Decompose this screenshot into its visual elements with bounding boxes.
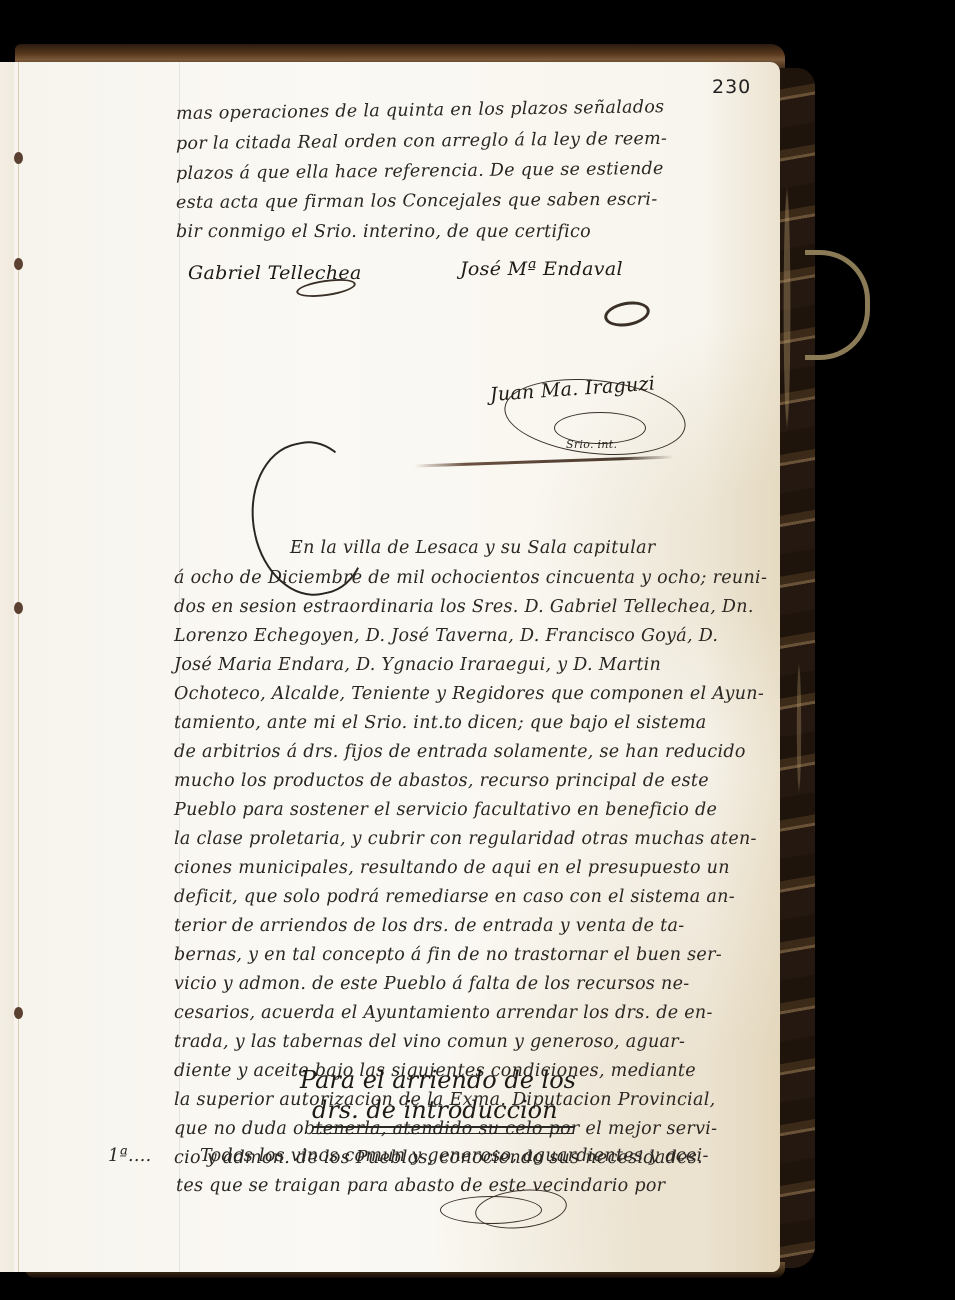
act-line: Lorenzo Echegoyen, D. José Taverna, D. F… [174, 626, 718, 646]
act-line: bernas, y en tal concepto á fin de no tr… [174, 945, 722, 965]
secretary-title: Srio. int. [566, 438, 617, 451]
act-line: vicio y admon. de este Pueblo á falta de… [174, 974, 690, 994]
closing-line: mas operaciones de la quinta en los plaz… [176, 97, 665, 124]
condition-line: Todos los vinos comun y generoso, aguard… [200, 1146, 709, 1166]
signature-jose-endaval: José Mª Endaval [460, 258, 623, 280]
section-heading-line1: Para el arriendo de los [300, 1066, 576, 1094]
section-heading-line2: drs. de introduccion [312, 1096, 558, 1124]
act-line: dos en sesion estraordinaria los Sres. D… [174, 597, 754, 617]
act-line: En la villa de Lesaca y su Sala capitula… [290, 538, 656, 558]
gutter-fold [18, 62, 19, 1272]
act-line: tamiento, ante mi el Srio. int.to dicen;… [174, 713, 707, 733]
book-cover-marbled-edge [775, 68, 815, 1268]
facing-page-edge [0, 62, 15, 1272]
act-line: cesarios, acuerda el Ayuntamiento arrend… [174, 1003, 713, 1023]
act-line: Pueblo para sostener el servicio faculta… [174, 800, 717, 820]
closing-line: esta acta que firman los Concejales que … [176, 190, 658, 213]
heading-double-underline [312, 1126, 574, 1134]
act-line: á ocho de Diciembre de mil ochocientos c… [174, 568, 767, 588]
closing-line: plazos á que ella hace referencia. De qu… [176, 159, 664, 184]
binding-thread-knot [14, 602, 23, 614]
binding-thread-knot [14, 258, 23, 270]
act-line: José Maria Endara, D. Ygnacio Iraraegui,… [174, 655, 661, 675]
act-line: terior de arriendos de los drs. de entra… [174, 916, 684, 936]
act-line: de arbitrios á drs. fijos de entrada sol… [174, 742, 746, 762]
binding-string-loop [805, 250, 870, 360]
act-line: Ochoteco, Alcalde, Teniente y Regidores … [174, 684, 764, 704]
act-line: deficit, que solo podrá remediarse en ca… [174, 887, 735, 907]
act-line: ciones municipales, resultando de aqui e… [174, 858, 730, 878]
condition-number: 1ª.... [108, 1146, 152, 1166]
closing-line: bir conmigo el Srio. interino, de que ce… [176, 222, 591, 242]
act-line: mucho los productos de abastos, recurso … [174, 771, 709, 791]
act-line: trada, y las tabernas del vino comun y g… [174, 1032, 685, 1052]
page-number: 230 [712, 76, 751, 98]
act-line: la clase proletaria, y cubrir con regula… [174, 829, 757, 849]
binding-thread-knot [14, 152, 23, 164]
secretary-flourish [414, 455, 674, 467]
signature-rubric [602, 298, 651, 330]
binding-thread-knot [14, 1007, 23, 1019]
closing-line: por la citada Real orden con arreglo á l… [176, 129, 667, 154]
condition-line: tes que se traigan para abasto de este v… [176, 1176, 665, 1196]
